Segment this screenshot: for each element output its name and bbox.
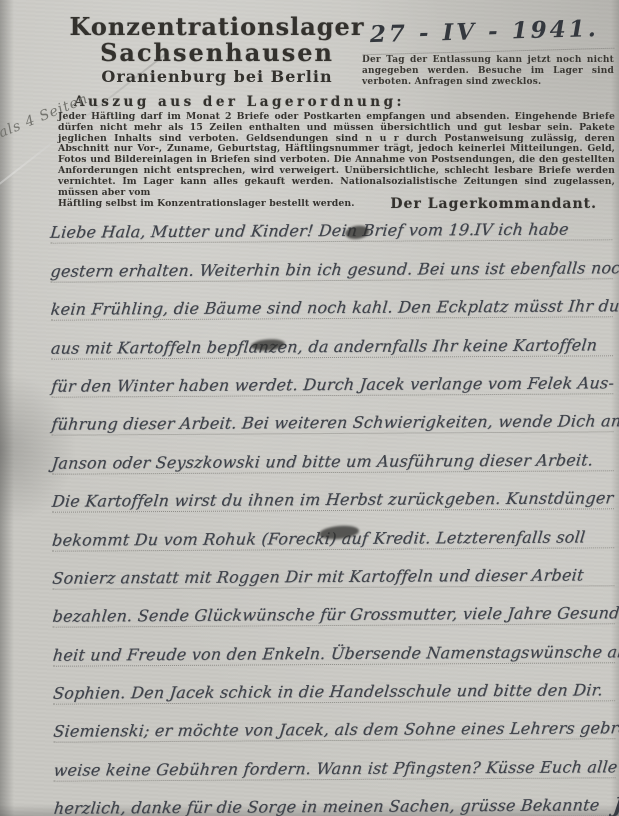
letter-line: weise keine Gebühren fordern. Wann ist P… xyxy=(53,740,615,782)
letter-line: heit und Freude von den Enkeln. Übersend… xyxy=(53,625,615,667)
camp-letterhead: Konzentrationslager Sachsenhausen Oranie… xyxy=(62,14,372,89)
letter-line: aus mit Kartoffeln bepflanzen, da andern… xyxy=(51,317,613,359)
letter-line: Siemienski; er möchte von Jacek, als dem… xyxy=(53,701,615,743)
letter-line: kein Frühling, die Bäume sind noch kahl.… xyxy=(51,279,613,321)
letterhead-location: Oranienburg bei Berlin xyxy=(62,65,372,89)
handwritten-letter-body: Liebe Hala, Mutter und Kinder! Dein Brie… xyxy=(50,202,616,816)
letter-line: für den Winter haben werdet. Durch Jacek… xyxy=(51,356,613,398)
regulations-heading: Auszug aus der Lagerordnung: xyxy=(74,94,405,110)
letter-line: gestern erhalten. Weiterhin bin ich gesu… xyxy=(50,241,612,283)
handwritten-signature: JKurmach xyxy=(611,788,619,816)
scanned-letter-page: Konzentrationslager Sachsenhausen Oranie… xyxy=(0,0,619,816)
letter-line: Janson oder Seyszkowski und bitte um Aus… xyxy=(52,433,614,475)
date-and-notice-block: 27 - IV - 1941. Der Tag der Entlassung k… xyxy=(362,18,614,88)
handwritten-date: 27 - IV - 1941. xyxy=(362,15,615,56)
letter-line: bezahlen. Sende Glückwünsche für Grossmu… xyxy=(52,586,614,628)
letter-line: herzlich, danke für die Sorge in meinen … xyxy=(54,778,616,816)
letter-line: Die Kartoffeln wirst du ihnen im Herbst … xyxy=(52,471,614,513)
letterhead-camp: Konzentrationslager xyxy=(62,14,372,40)
release-notice-text: Der Tag der Entlassung kann jetzt noch n… xyxy=(362,55,614,88)
regulations-paragraph: Jeder Häftling darf im Monat 2 Briefe od… xyxy=(58,112,615,210)
regulations-text: Jeder Häftling darf im Monat 2 Briefe od… xyxy=(58,111,615,198)
letter-line: Sophien. Den Jacek schick in die Handels… xyxy=(53,663,615,705)
letterhead-site: Sachsenhausen xyxy=(62,40,372,65)
letter-line: führung dieser Arbeit. Bei weiteren Schw… xyxy=(51,394,613,436)
letter-line: Liebe Hala, Mutter und Kinder! Dein Brie… xyxy=(50,202,612,244)
letter-line: Sonierz anstatt mit Roggen Dir mit Karto… xyxy=(52,548,614,590)
